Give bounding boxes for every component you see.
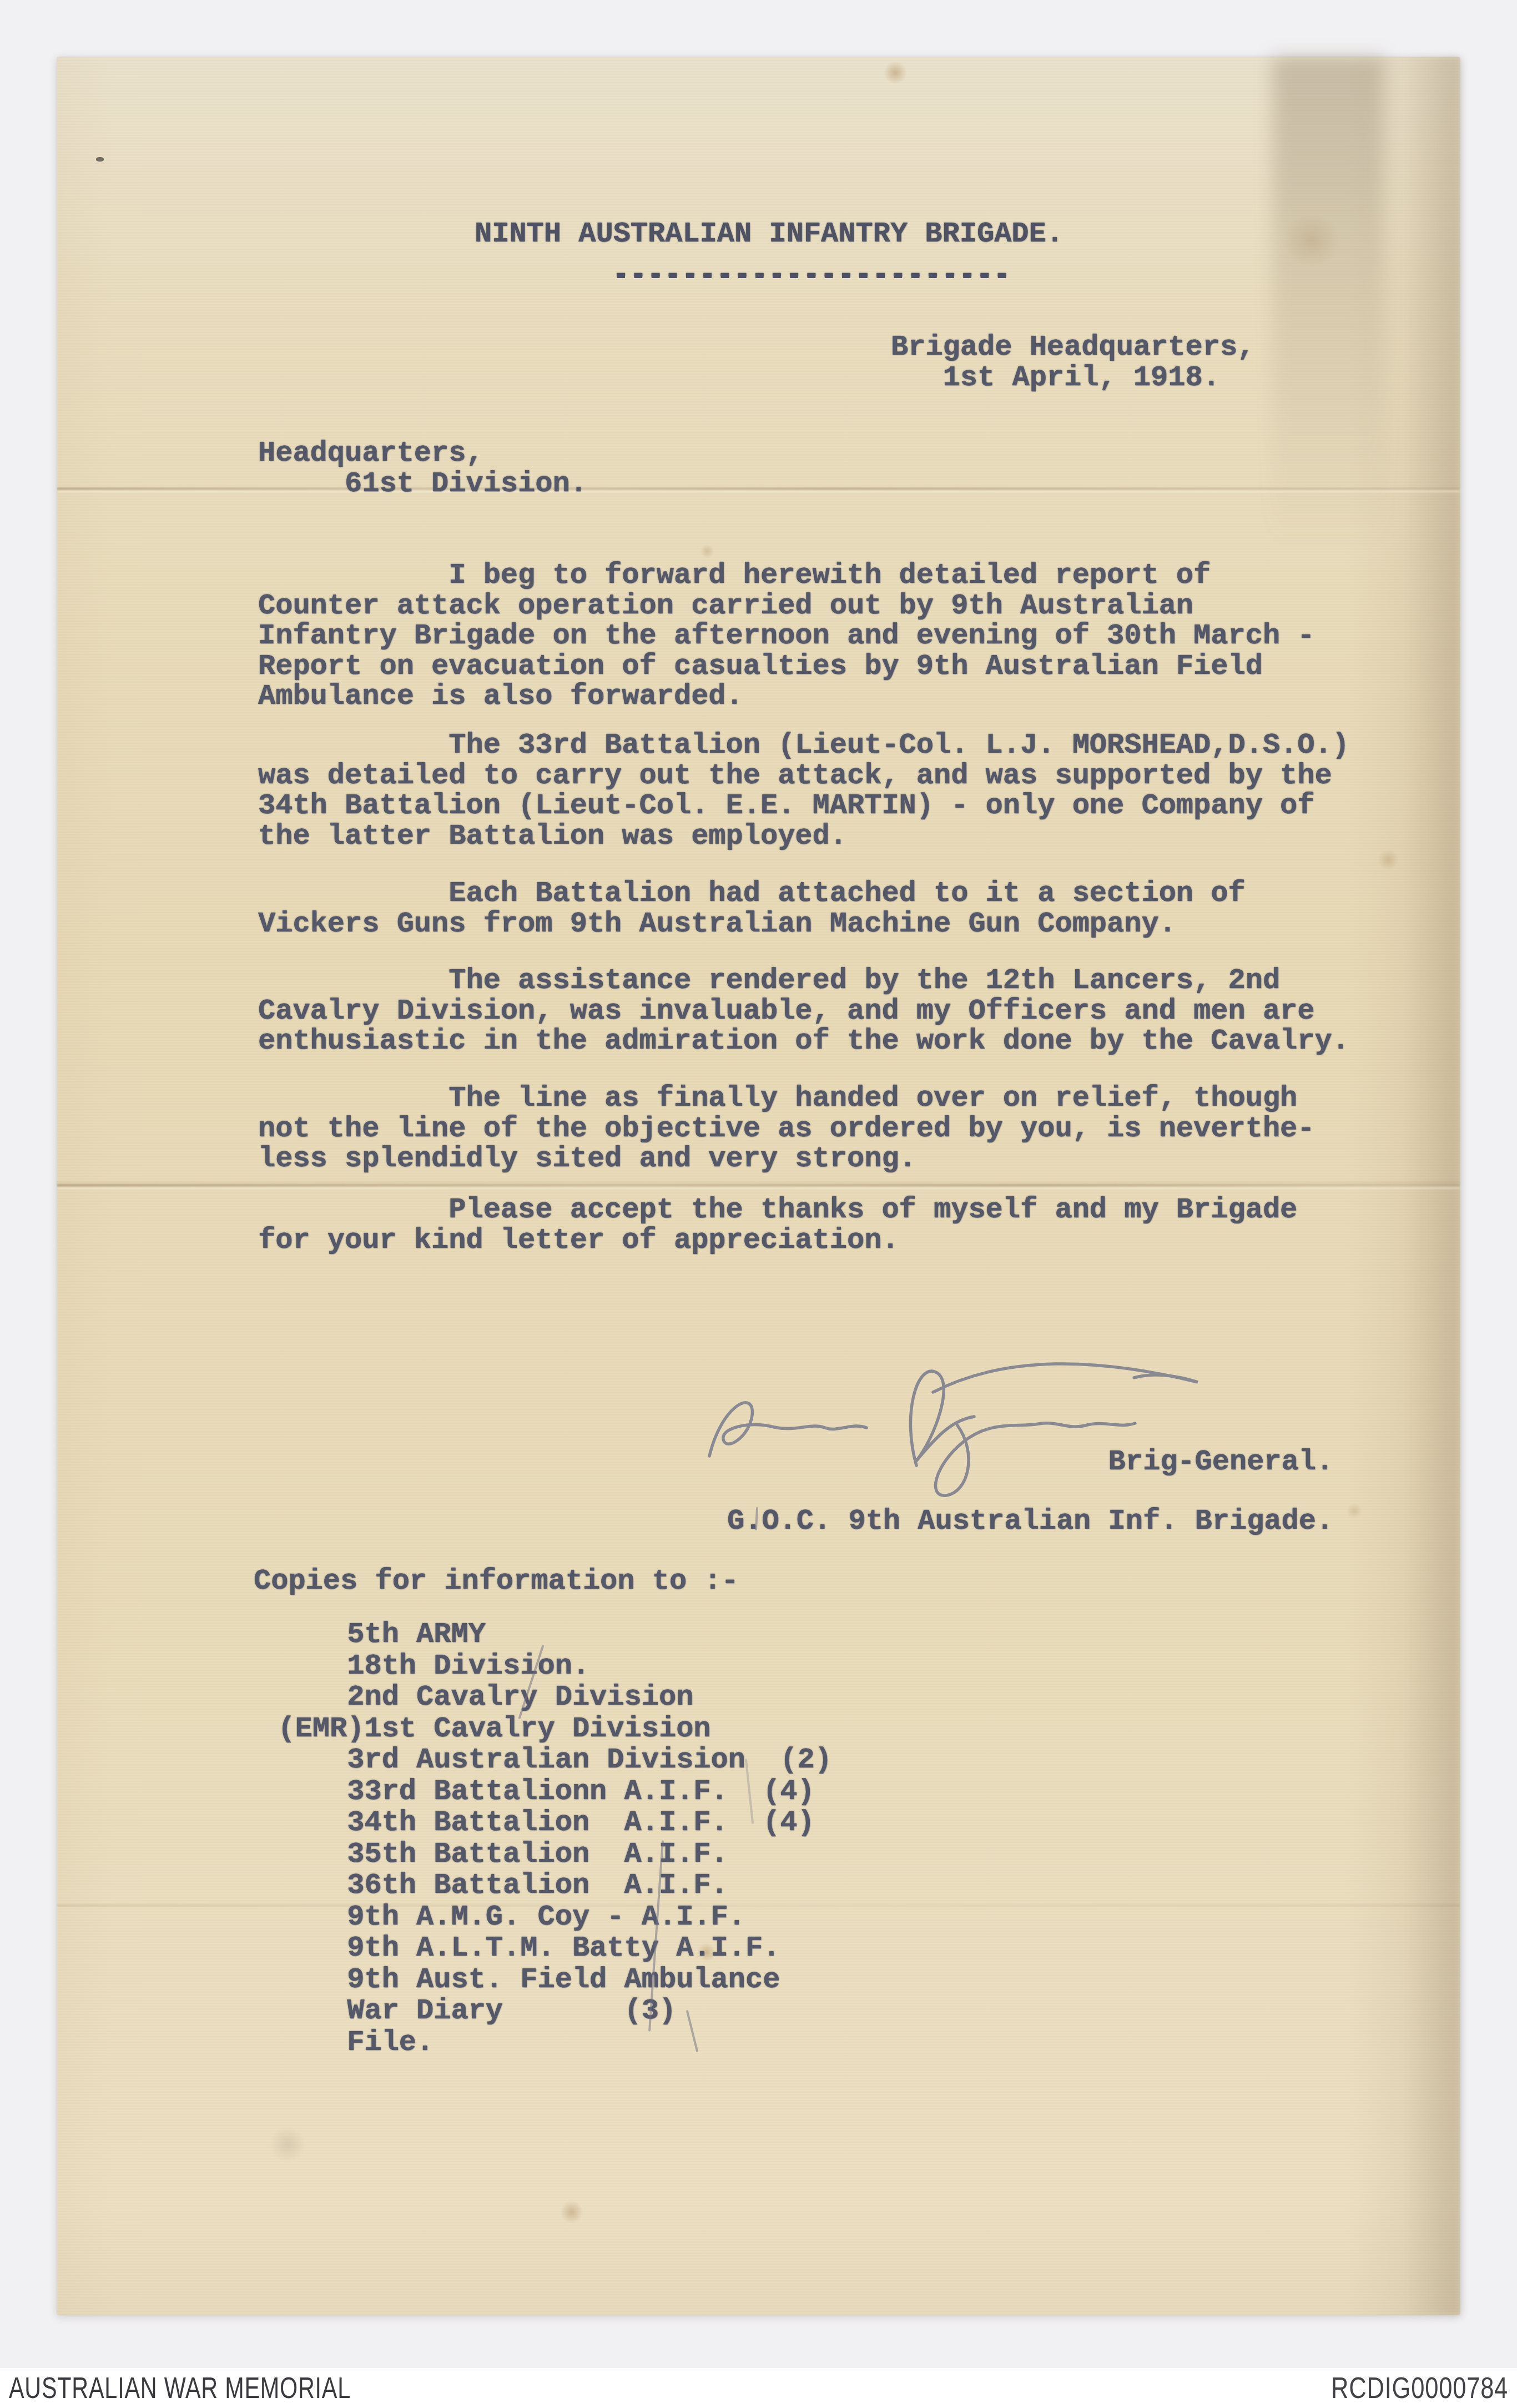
signature-name: Charles Rosenthal <box>57 57 58 58</box>
dateline: Brigade Headquarters, 1st April, 1918. <box>891 333 1254 393</box>
institution-label: AUSTRALIAN WAR MEMORIAL <box>9 2368 351 2408</box>
scanned-letter-page: NINTH AUSTRALIAN INFANTRY BRIGADE. -----… <box>57 57 1460 2315</box>
fold-crease-middle <box>57 1184 1460 1187</box>
copies-list: 5th ARMY 18th Division. 2nd Cavalry Divi… <box>243 1619 832 2058</box>
paragraph-1: I beg to forward herewith detailed repor… <box>258 561 1315 712</box>
title-underline: ----------------------- <box>612 264 1011 286</box>
stain-band-top-right <box>1273 57 1384 546</box>
smudge-spot <box>268 2128 307 2161</box>
signature-rank-block: Brig-General. G.O.C. 9th Australian Inf.… <box>727 1432 1333 1551</box>
letter-title: NINTH AUSTRALIAN INFANTRY BRIGADE. <box>475 219 1064 250</box>
foxing-spot <box>560 2201 584 2223</box>
paragraph-3: Each Battalion had attached to it a sect… <box>258 879 1246 939</box>
addressee: Headquarters, 61st Division. <box>258 439 587 499</box>
foxing-spot <box>700 545 714 558</box>
paragraph-5: The line as finally handed over on relie… <box>258 1084 1315 1175</box>
copies-heading: Copies for information to :- <box>254 1566 739 1597</box>
reference-id-label: RCDIG0000784 <box>1331 2368 1508 2408</box>
paragraph-4: The assistance rendered by the 12th Lanc… <box>258 966 1349 1057</box>
paragraph-6: Please accept the thanks of myself and m… <box>258 1195 1297 1256</box>
ink-fleck <box>96 157 104 162</box>
paragraph-2: The 33rd Battalion (Lieut-Col. L.J. MORS… <box>258 731 1349 852</box>
foxing-spot <box>883 62 908 84</box>
foxing-spot <box>1346 1503 1363 1519</box>
foxing-spot <box>1377 850 1399 870</box>
viewer-footer-bar: AUSTRALIAN WAR MEMORIAL RCDIG0000784 <box>0 2368 1517 2408</box>
